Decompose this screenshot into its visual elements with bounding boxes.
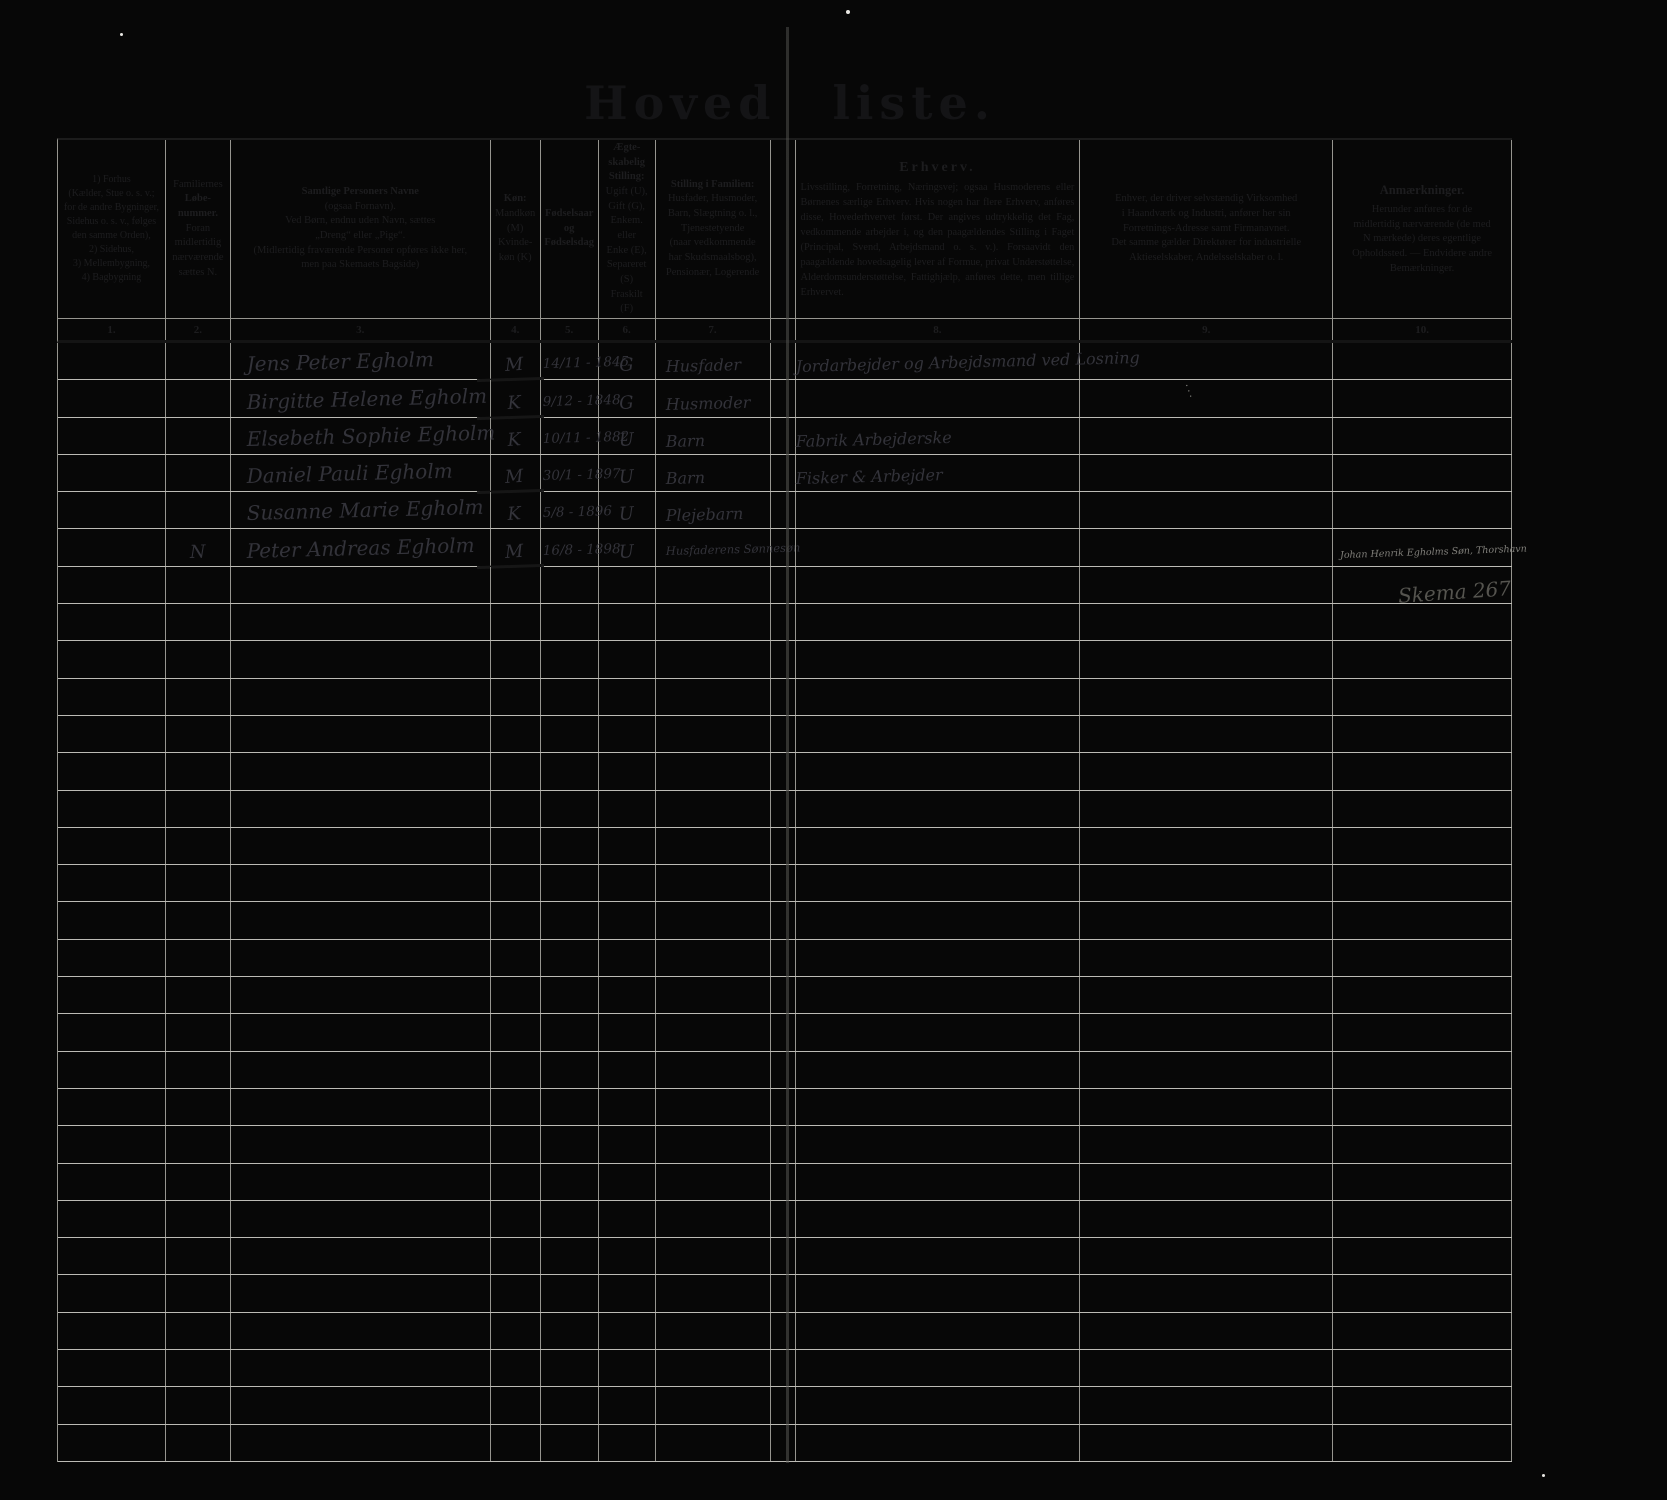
header-title: Løbe- nummer. [178, 192, 218, 221]
table-row [58, 1425, 1512, 1462]
table-cell [599, 1275, 656, 1311]
table-cell [796, 791, 1081, 827]
table-cell [58, 455, 166, 491]
table-cell [771, 1089, 796, 1125]
table-cell: U [599, 529, 656, 565]
table-cell [166, 753, 231, 789]
table-cell [231, 1014, 491, 1050]
table-cell [1333, 753, 1512, 789]
table-row [58, 1126, 1512, 1163]
table-cell [796, 940, 1081, 976]
table-cell [656, 1387, 771, 1423]
table-cell [656, 753, 771, 789]
table-cell [58, 492, 166, 528]
table-cell: 5/8 - 1896 [541, 492, 599, 528]
table-cell [599, 1014, 656, 1050]
column-number: 7. [656, 319, 771, 340]
table-cell [1080, 791, 1333, 827]
table-cell [599, 641, 656, 677]
table-cell [58, 567, 166, 603]
table-cell [771, 1425, 796, 1461]
table-cell [166, 902, 231, 938]
table-cell [599, 902, 656, 938]
table-cell [491, 641, 541, 677]
table-cell [1080, 455, 1333, 491]
table-cell: Daniel Pauli Egholm [231, 455, 491, 491]
table-cell [541, 567, 599, 603]
table-cell [166, 418, 231, 454]
table-cell: U [599, 455, 656, 491]
table-cell [796, 380, 1081, 416]
table-cell [1333, 1238, 1512, 1274]
table-cell: 14/11 - 1845 [541, 343, 599, 379]
table-cell [656, 791, 771, 827]
table-cell [1080, 679, 1333, 715]
table-cell [58, 977, 166, 1013]
table-cell [58, 753, 166, 789]
table-cell [796, 679, 1081, 715]
table-cell [58, 679, 166, 715]
table-cell [541, 1164, 599, 1200]
table-row [58, 1313, 1512, 1350]
table-cell [771, 716, 796, 752]
handwritten-name: Susanne Marie Egholm [246, 495, 484, 525]
table-cell [1333, 1014, 1512, 1050]
table-cell [796, 1014, 1081, 1050]
header-title: Fødselsaar og Fødselsdag [544, 207, 594, 251]
table-cell [796, 1275, 1081, 1311]
table-cell [166, 865, 231, 901]
table-cell [796, 753, 1081, 789]
table-cell [541, 641, 599, 677]
table-cell [771, 1275, 796, 1311]
table-cell: M [491, 455, 541, 491]
table-cell [599, 1089, 656, 1125]
table-cell [796, 1313, 1081, 1349]
header-title: Stilling i Familien: [671, 178, 754, 193]
table-cell [491, 1014, 541, 1050]
table-cell: Plejebarn [656, 492, 771, 528]
table-cell [166, 1089, 231, 1125]
table-cell: 30/1 - 1897 [541, 455, 599, 491]
table-cell [796, 977, 1081, 1013]
header-body: Husfader, Husmoder, Barn, Slægtning o. l… [666, 192, 759, 280]
table-cell [771, 865, 796, 901]
table-cell [656, 604, 771, 640]
table-cell [796, 865, 1081, 901]
table-cell [1080, 567, 1333, 603]
table-cell [491, 1052, 541, 1088]
page-fold-crease [786, 27, 789, 1463]
table-cell [771, 977, 796, 1013]
table-cell [656, 865, 771, 901]
table-cell [1333, 343, 1512, 379]
table-cell [1080, 1425, 1333, 1461]
table-cell [166, 1014, 231, 1050]
table-cell: Jens Peter Egholm [231, 343, 491, 379]
table-cell [166, 791, 231, 827]
table-cell [541, 716, 599, 752]
table-cell [796, 1201, 1081, 1237]
table-cell [1080, 977, 1333, 1013]
table-cell [1080, 716, 1333, 752]
table-cell [796, 1425, 1081, 1461]
census-table: 1) Forhus (Kælder, Stue o. s. v.; for de… [57, 138, 1512, 1462]
handwritten-name: Peter Andreas Egholm [246, 533, 475, 563]
header-cell-3: Samtlige Personers Navne(ogsaa Fornavn).… [231, 140, 491, 318]
table-cell [58, 1014, 166, 1050]
table-cell [166, 940, 231, 976]
table-cell [1333, 977, 1512, 1013]
table-row: Susanne Marie EgholmK5/8 - 1896UPlejebar… [58, 492, 1512, 529]
table-cell [1333, 1052, 1512, 1088]
table-cell [166, 1387, 231, 1423]
page-title: Hoved liste. [440, 76, 1140, 130]
table-cell [491, 902, 541, 938]
table-cell [541, 1126, 599, 1162]
table-cell: Birgitte Helene Egholm [231, 380, 491, 416]
table-cell [1080, 641, 1333, 677]
table-row: Birgitte Helene EgholmK9/12 - 1848GHusmo… [58, 380, 1512, 417]
table-cell [541, 1387, 599, 1423]
table-cell [599, 753, 656, 789]
table-cell [541, 977, 599, 1013]
table-cell [491, 1275, 541, 1311]
table-cell [541, 1201, 599, 1237]
table-cell [166, 977, 231, 1013]
table-cell [1333, 1387, 1512, 1423]
table-cell [1080, 1387, 1333, 1423]
table-cell [796, 641, 1081, 677]
table-cell: 10/11 - 1882 [541, 418, 599, 454]
table-cell [166, 679, 231, 715]
table-cell [541, 1350, 599, 1386]
table-cell [541, 1425, 599, 1461]
table-cell [1080, 1052, 1333, 1088]
table-cell [541, 604, 599, 640]
table-cell: Barn [656, 455, 771, 491]
handwritten-lobenummer: N [189, 541, 205, 563]
table-cell [541, 902, 599, 938]
table-cell [58, 343, 166, 379]
table-cell [166, 567, 231, 603]
table-cell [1333, 902, 1512, 938]
table-cell [1333, 1164, 1512, 1200]
table-cell [231, 1275, 491, 1311]
header-body: Herunder anføres for de midlertidig nærv… [1352, 203, 1492, 276]
table-cell [541, 1089, 599, 1125]
table-cell [166, 380, 231, 416]
table-cell [58, 1387, 166, 1423]
table-cell [231, 828, 491, 864]
table-cell [599, 1052, 656, 1088]
table-cell [166, 641, 231, 677]
table-cell: Fisker & Arbejder [796, 455, 1081, 491]
table-cell [491, 977, 541, 1013]
table-cell [58, 1313, 166, 1349]
header-body: Mandkøn (M) Kvinde- køn (K) [495, 207, 535, 266]
table-cell [771, 343, 796, 379]
table-cell [231, 1164, 491, 1200]
table-cell [1080, 1164, 1333, 1200]
table-cell [599, 940, 656, 976]
table-row [58, 977, 1512, 1014]
table-cell [656, 1238, 771, 1274]
table-cell [656, 1089, 771, 1125]
table-row [58, 1387, 1512, 1424]
table-cell [58, 1164, 166, 1200]
handwritten-kon: M [505, 541, 525, 563]
table-cell [231, 679, 491, 715]
table-cell [491, 1164, 541, 1200]
table-cell [166, 455, 231, 491]
table-cell [1080, 753, 1333, 789]
header-title: Køn: [504, 192, 527, 207]
table-cell [796, 1350, 1081, 1386]
header-cell-6: Ægte- skabelig Stilling:Ugift (U), Gift … [599, 140, 656, 318]
handwritten-aegteskab: U [618, 429, 634, 451]
table-cell [166, 1275, 231, 1311]
table-cell: K [491, 380, 541, 416]
table-cell [58, 418, 166, 454]
table-cell [1333, 455, 1512, 491]
table-cell [541, 791, 599, 827]
table-cell [656, 1350, 771, 1386]
table-row [58, 1164, 1512, 1201]
table-cell [491, 865, 541, 901]
table-cell [491, 1238, 541, 1274]
table-cell [166, 604, 231, 640]
table-cell [656, 1201, 771, 1237]
table-cell [166, 1313, 231, 1349]
table-header: 1) Forhus (Kælder, Stue o. s. v.; for de… [57, 138, 1512, 318]
dust-speck [846, 10, 850, 14]
column-number: 10. [1333, 319, 1512, 340]
table-cell [58, 716, 166, 752]
table-cell [1333, 492, 1512, 528]
table-cell [1080, 529, 1333, 565]
table-cell: M [491, 343, 541, 379]
table-cell: N [166, 529, 231, 565]
table-cell: 9/12 - 1848 [541, 380, 599, 416]
table-cell [1080, 1313, 1333, 1349]
table-cell [599, 1350, 656, 1386]
handwritten-aegteskab: G [618, 355, 633, 377]
handwritten-kon: K [507, 504, 522, 526]
table-cell [231, 1089, 491, 1125]
table-cell [771, 1052, 796, 1088]
table-cell [771, 418, 796, 454]
table-row: NPeter Andreas EgholmM16/8 - 1898UHusfad… [58, 529, 1512, 566]
table-cell [166, 1052, 231, 1088]
table-cell [58, 1425, 166, 1461]
handwritten-aegteskab: U [618, 466, 634, 488]
table-cell [796, 1089, 1081, 1125]
table-cell [771, 679, 796, 715]
table-row [58, 1238, 1512, 1275]
table-cell [1333, 828, 1512, 864]
table-cell: Jordarbejder og Arbejdsmand ved Losning [796, 343, 1081, 379]
table-cell [231, 753, 491, 789]
table-cell [656, 716, 771, 752]
header-cell-9: Enhver, der driver selvstændig Virksomhe… [1080, 140, 1333, 318]
header-cell-4: Køn:Mandkøn (M) Kvinde- køn (K) [491, 140, 541, 318]
handwritten-name: Jens Peter Egholm [246, 347, 434, 376]
table-row [58, 1201, 1512, 1238]
table-cell [491, 567, 541, 603]
table-row [58, 1014, 1512, 1051]
table-cell: Barn [656, 418, 771, 454]
table-cell [58, 1052, 166, 1088]
header-cell-5: Fødselsaar og Fødselsdag [541, 140, 599, 318]
table-cell [771, 1387, 796, 1423]
table-row [58, 567, 1512, 604]
table-cell [491, 679, 541, 715]
table-cell [599, 1425, 656, 1461]
table-cell [1333, 1275, 1512, 1311]
table-cell [1080, 865, 1333, 901]
table-cell [1333, 679, 1512, 715]
table-cell: M [491, 529, 541, 565]
table-cell [796, 604, 1081, 640]
table-cell [656, 1275, 771, 1311]
table-cell [1080, 1275, 1333, 1311]
handwritten-stilling: Husfader [665, 355, 741, 376]
table-cell [166, 1425, 231, 1461]
table-cell [491, 604, 541, 640]
table-row: Elsebeth Sophie EgholmK10/11 - 1882UBarn… [58, 418, 1512, 455]
handwritten-aegteskab: U [618, 504, 634, 526]
header-cell-7: Stilling i Familien:Husfader, Husmoder, … [656, 140, 771, 318]
table-cell [58, 1126, 166, 1162]
table-cell: Elsebeth Sophie Egholm [231, 418, 491, 454]
table-cell [541, 1014, 599, 1050]
header-body: Enhver, der driver selvstændig Virksomhe… [1111, 192, 1301, 265]
table-cell [1080, 418, 1333, 454]
table-cell [599, 1201, 656, 1237]
table-cell [541, 679, 599, 715]
table-cell [58, 865, 166, 901]
table-cell [231, 1201, 491, 1237]
table-cell [656, 902, 771, 938]
table-cell [541, 828, 599, 864]
handwritten-erhverv: Fabrik Arbejderske [795, 428, 951, 451]
handwritten-stilling: Barn [665, 468, 705, 488]
table-cell [656, 567, 771, 603]
handwritten-kon: K [507, 429, 522, 451]
header-body: Foran midlertidig nærværende sættes N. [172, 222, 223, 281]
table-cell [231, 1387, 491, 1423]
table-cell [796, 567, 1081, 603]
table-cell [491, 1313, 541, 1349]
table-cell [796, 529, 1081, 565]
header-title: Ægte- skabelig Stilling: [608, 141, 645, 185]
table-cell [231, 567, 491, 603]
table-cell [166, 828, 231, 864]
table-cell [1333, 716, 1512, 752]
table-cell [541, 1313, 599, 1349]
table-cell [1333, 641, 1512, 677]
table-cell [231, 604, 491, 640]
column-number-row: 1.2.3.4.5.6.7.8.9.10. [57, 318, 1512, 343]
dust-speck [1542, 1474, 1545, 1477]
table-cell [231, 902, 491, 938]
table-cell: G [599, 380, 656, 416]
table-cell: Husmoder [656, 380, 771, 416]
table-cell [1080, 1238, 1333, 1274]
table-cell [1080, 1350, 1333, 1386]
table-cell [771, 567, 796, 603]
table-cell [491, 1201, 541, 1237]
table-cell [491, 791, 541, 827]
header-title: Anmærkninger. [1380, 182, 1465, 200]
table-cell [599, 1164, 656, 1200]
table-cell [58, 1201, 166, 1237]
table-cell [796, 1164, 1081, 1200]
table-row [58, 1350, 1512, 1387]
table-cell [771, 604, 796, 640]
table-cell [1333, 380, 1512, 416]
table-cell [1080, 940, 1333, 976]
header-top: Familiernes [173, 178, 223, 193]
header-title: Samtlige Personers Navne [302, 185, 419, 200]
handwritten-kon: K [507, 392, 522, 414]
table-cell: G [599, 343, 656, 379]
table-cell [1333, 940, 1512, 976]
table-cell [58, 1275, 166, 1311]
table-cell [166, 716, 231, 752]
table-cell [491, 940, 541, 976]
table-cell [491, 1387, 541, 1423]
table-cell [656, 828, 771, 864]
table-cell: Peter Andreas Egholm [231, 529, 491, 565]
table-cell [541, 753, 599, 789]
table-cell [541, 1238, 599, 1274]
table-cell [166, 343, 231, 379]
table-body: Jens Peter EgholmM14/11 - 1845GHusfaderJ… [57, 343, 1512, 1462]
table-cell [231, 1425, 491, 1461]
header-cell-8: Erhverv.Livsstilling, Forretning, Næring… [796, 140, 1081, 318]
table-row [58, 828, 1512, 865]
table-cell [771, 1238, 796, 1274]
table-cell [1333, 418, 1512, 454]
table-cell [58, 1089, 166, 1125]
table-row [58, 1275, 1512, 1312]
column-number: 9. [1080, 319, 1333, 340]
table-cell [771, 641, 796, 677]
table-cell [58, 641, 166, 677]
header-cell-10: Anmærkninger.Herunder anføres for de mid… [1333, 140, 1512, 318]
table-cell [771, 902, 796, 938]
column-number [771, 319, 796, 340]
table-cell [656, 1052, 771, 1088]
table-cell [796, 1126, 1081, 1162]
column-number: 6. [599, 319, 656, 340]
table-cell [796, 1238, 1081, 1274]
table-cell [599, 679, 656, 715]
table-cell [796, 828, 1081, 864]
table-cell [796, 902, 1081, 938]
table-cell: Fabrik Arbejderske [796, 418, 1081, 454]
table-cell [771, 1164, 796, 1200]
handwritten-kon: M [505, 466, 525, 488]
table-row [58, 1089, 1512, 1126]
table-row [58, 791, 1512, 828]
table-cell [599, 604, 656, 640]
table-cell [166, 1164, 231, 1200]
table-row [58, 604, 1512, 641]
table-cell: K [491, 418, 541, 454]
